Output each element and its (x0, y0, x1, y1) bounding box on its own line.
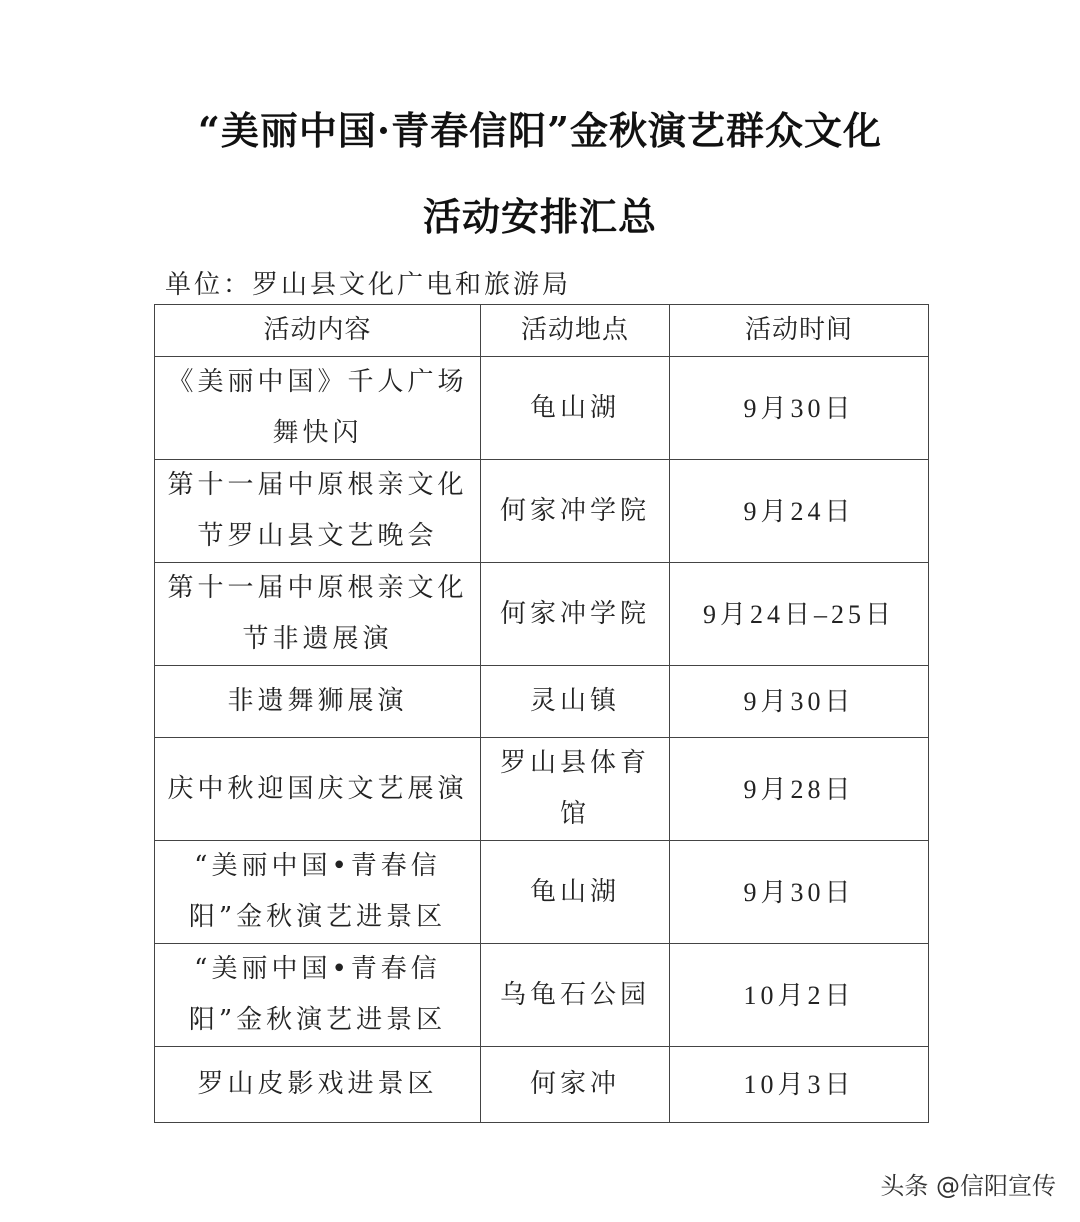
table-row: 罗山皮影戏进景区 何家冲 10月3日 (155, 1047, 929, 1123)
activity-time: 9月30日 (670, 357, 929, 460)
activity-content: 非遗舞狮展演 (155, 666, 481, 738)
activity-location: 何家冲学院 (481, 460, 670, 563)
activity-time: 10月2日 (670, 944, 929, 1047)
activity-location: 乌龟石公园 (481, 944, 670, 1047)
document-title-line-1: “美丽中国·青春信阳”金秋演艺群众文化 (0, 100, 1080, 155)
activity-time: 9月30日 (670, 666, 929, 738)
activity-location: 何家冲学院 (481, 563, 670, 666)
table-row: 非遗舞狮展演 灵山镇 9月30日 (155, 666, 929, 738)
activity-content: 庆中秋迎国庆文艺展演 (155, 738, 481, 841)
activity-time: 9月30日 (670, 841, 929, 944)
table-row: 第十一届中原根亲文化节非遗展演 何家冲学院 9月24日–25日 (155, 563, 929, 666)
activity-content: 第十一届中原根亲文化节非遗展演 (155, 563, 481, 666)
source-watermark: 头条 @信阳宣传 (880, 1166, 1056, 1201)
activity-location: 何家冲 (481, 1047, 670, 1123)
activity-schedule-table: 活动内容 活动地点 活动时间 《美丽中国》千人广场舞快闪 龟山湖 9月30日 第… (154, 304, 929, 1123)
activity-time: 9月24日 (670, 460, 929, 563)
activity-time: 9月24日–25日 (670, 563, 929, 666)
activity-content: “美丽中国•青春信阳”金秋演艺进景区 (155, 841, 481, 944)
activity-content: 第十一届中原根亲文化节罗山县文艺晚会 (155, 460, 481, 563)
header-content: 活动内容 (155, 305, 481, 357)
table-row: 《美丽中国》千人广场舞快闪 龟山湖 9月30日 (155, 357, 929, 460)
activity-content: 罗山皮影戏进景区 (155, 1047, 481, 1123)
issuing-unit: 单位：罗山县文化广电和旅游局 (165, 264, 571, 301)
activity-content: 《美丽中国》千人广场舞快闪 (155, 357, 481, 460)
activity-location: 灵山镇 (481, 666, 670, 738)
table-row: “美丽中国•青春信阳”金秋演艺进景区 龟山湖 9月30日 (155, 841, 929, 944)
activity-content: “美丽中国•青春信阳”金秋演艺进景区 (155, 944, 481, 1047)
table-row: “美丽中国•青春信阳”金秋演艺进景区 乌龟石公园 10月2日 (155, 944, 929, 1047)
table-row: 庆中秋迎国庆文艺展演 罗山县体育馆 9月28日 (155, 738, 929, 841)
document-title-line-2: 活动安排汇总 (0, 186, 1080, 241)
activity-time: 10月3日 (670, 1047, 929, 1123)
table-header-row: 活动内容 活动地点 活动时间 (155, 305, 929, 357)
activity-location: 罗山县体育馆 (481, 738, 670, 841)
activity-location: 龟山湖 (481, 357, 670, 460)
header-location: 活动地点 (481, 305, 670, 357)
activity-time: 9月28日 (670, 738, 929, 841)
activity-location: 龟山湖 (481, 841, 670, 944)
table-row: 第十一届中原根亲文化节罗山县文艺晚会 何家冲学院 9月24日 (155, 460, 929, 563)
header-time: 活动时间 (670, 305, 929, 357)
